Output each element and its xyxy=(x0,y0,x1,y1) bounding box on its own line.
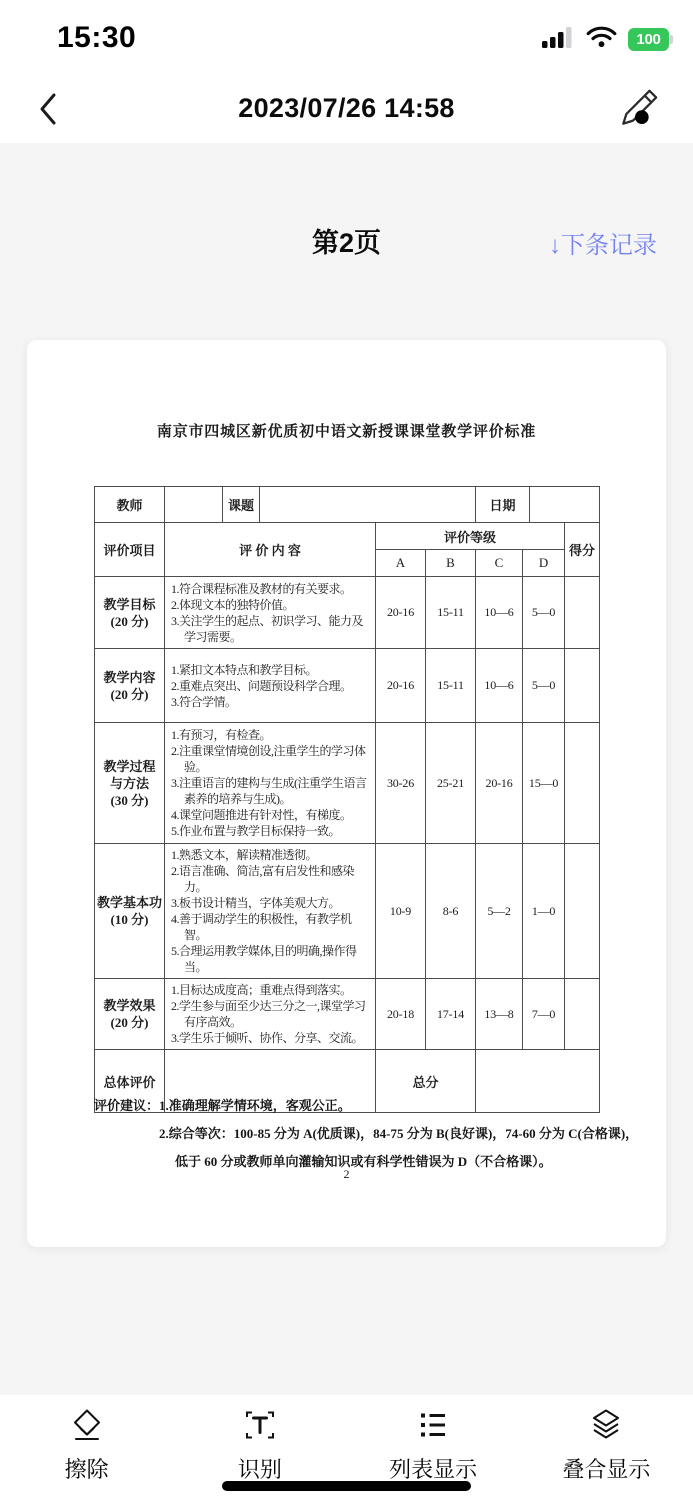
score-value-cell xyxy=(565,649,600,723)
ocr-icon xyxy=(242,1407,278,1448)
grade-range-cell: 5—0 xyxy=(523,577,565,649)
criterion-row: 教学基本功(10 分)1.熟悉文本，解读精准透彻。2.语言准确、简洁,富有启发性… xyxy=(95,844,600,979)
note-line: 评价建议：1.准确理解学情环境，客观公正。 xyxy=(94,1092,654,1120)
grade-b-header: B xyxy=(426,550,476,577)
criterion-content-cell: 1.有预习，有检查。2.注重课堂情境创设,注重学生的学习体验。3.注重语言的建构… xyxy=(165,723,376,844)
table-header-row: 评价项目 评 价 内 容 评价等级 得分 xyxy=(95,523,600,550)
criterion-content-cell: 1.熟悉文本，解读精准透彻。2.语言准确、简洁,富有启发性和感染力。3.板书设计… xyxy=(165,844,376,979)
status-bar: 15:30 100 xyxy=(0,0,693,75)
grade-range-cell: 20-18 xyxy=(376,979,426,1050)
topic-value-cell xyxy=(260,487,476,523)
grade-range-cell: 10—6 xyxy=(476,577,523,649)
cellular-signal-icon xyxy=(542,25,575,53)
record-datetime-title: 2023/07/26 14:58 xyxy=(0,93,693,124)
col-content-header: 评 价 内 容 xyxy=(165,523,376,577)
criterion-content-cell: 1.符合课程标准及教材的有关要求。2.体现文本的独特价值。3.关注学生的起点、初… xyxy=(165,577,376,649)
info-row: 教师 课题 日期 xyxy=(95,487,600,523)
criterion-row: 教学内容(20 分)1.紧扣文本特点和教学目标。2.重难点突出、问题预设科学合理… xyxy=(95,649,600,723)
grade-range-cell: 25-21 xyxy=(426,723,476,844)
score-value-cell xyxy=(565,844,600,979)
tool-label: 识别 xyxy=(238,1453,282,1484)
eraser-icon xyxy=(69,1407,105,1448)
col-grade-header: 评价等级 xyxy=(376,523,565,550)
grade-range-cell: 15-11 xyxy=(426,577,476,649)
grade-range-cell: 7—0 xyxy=(523,979,565,1050)
document-card: 南京市四城区新优质初中语文新授课课堂教学评价标准 教师 课题 日期 评价项目 xyxy=(27,340,666,1247)
col-project-header: 评价项目 xyxy=(95,523,165,577)
col-score-header: 得分 xyxy=(565,523,600,577)
grade-c-header: C xyxy=(476,550,523,577)
grade-d-header: D xyxy=(523,550,565,577)
topic-label-cell: 课题 xyxy=(223,487,260,523)
grade-range-cell: 15—0 xyxy=(523,723,565,844)
grade-range-cell: 20-16 xyxy=(376,577,426,649)
evaluation-notes: 评价建议：1.准确理解学情环境，客观公正。 2.综合等次：100-85 分为 A… xyxy=(94,1092,654,1176)
criterion-label-cell: 教学基本功(10 分) xyxy=(95,844,165,979)
grade-range-cell: 20-16 xyxy=(376,649,426,723)
overlay-view-icon xyxy=(588,1407,624,1448)
list-view-icon xyxy=(415,1407,451,1448)
battery-percent: 100 xyxy=(636,31,660,48)
criterion-label-cell: 教学过程与方法(30 分) xyxy=(95,723,165,844)
score-value-cell xyxy=(565,723,600,844)
teacher-label-cell: 教师 xyxy=(95,487,165,523)
home-indicator[interactable] xyxy=(222,1481,471,1491)
grade-range-cell: 20-16 xyxy=(476,723,523,844)
grade-range-cell: 13—8 xyxy=(476,979,523,1050)
grade-range-cell: 30-26 xyxy=(376,723,426,844)
criterion-row: 教学目标(20 分)1.符合课程标准及教材的有关要求。2.体现文本的独特价值。3… xyxy=(95,577,600,649)
nav-bar: 2023/07/26 14:58 xyxy=(0,75,693,143)
criterion-label-cell: 教学目标(20 分) xyxy=(95,577,165,649)
clock-time: 15:30 xyxy=(57,21,136,55)
document-title: 南京市四城区新优质初中语文新授课课堂教学评价标准 xyxy=(27,420,666,441)
criterion-content-cell: 1.目标达成度高；重难点得到落实。2.学生参与面至少达三分之一,课堂学习有序高效… xyxy=(165,979,376,1050)
overlay-view-button[interactable]: 叠合显示 xyxy=(520,1395,693,1500)
tool-label: 叠合显示 xyxy=(562,1453,650,1484)
status-icons: 100 xyxy=(542,25,673,53)
criterion-row: 教学过程与方法(30 分)1.有预习，有检查。2.注重课堂情境创设,注重学生的学… xyxy=(95,723,600,844)
next-record-link[interactable]: ↓下条记录 xyxy=(549,225,657,260)
grade-range-cell: 17-14 xyxy=(426,979,476,1050)
teacher-value-cell xyxy=(165,487,223,523)
evaluation-table: 教师 课题 日期 评价项目 评 价 内 容 评价等级 得分 A B C xyxy=(94,486,600,1113)
date-label-cell: 日期 xyxy=(476,487,530,523)
battery-icon: 100 xyxy=(628,28,673,51)
grade-range-cell: 15-11 xyxy=(426,649,476,723)
erase-button[interactable]: 擦除 xyxy=(0,1395,173,1500)
grade-a-header: A xyxy=(376,550,426,577)
document-page-number: 2 xyxy=(27,1167,666,1182)
wifi-icon xyxy=(586,25,617,53)
grade-range-cell: 5—0 xyxy=(523,649,565,723)
tool-label: 擦除 xyxy=(65,1453,109,1484)
grade-range-cell: 1—0 xyxy=(523,844,565,979)
grade-range-cell: 5—2 xyxy=(476,844,523,979)
criterion-content-cell: 1.紧扣文本特点和教学目标。2.重难点突出、问题预设科学合理。3.符合学情。 xyxy=(165,649,376,723)
criterion-label-cell: 教学内容(20 分) xyxy=(95,649,165,723)
content-area: 第2页 ↓下条记录 南京市四城区新优质初中语文新授课课堂教学评价标准 教师 课题… xyxy=(0,143,693,1395)
note-line: 2.综合等次：100-85 分为 A(优质课)，84-75 分为 B(良好课)，… xyxy=(159,1120,654,1148)
score-value-cell xyxy=(565,979,600,1050)
tool-label: 列表显示 xyxy=(389,1453,477,1484)
criterion-row: 教学效果(20 分)1.目标达成度高；重难点得到落实。2.学生参与面至少达三分之… xyxy=(95,979,600,1050)
score-value-cell xyxy=(565,577,600,649)
grade-range-cell: 10—6 xyxy=(476,649,523,723)
grade-range-cell: 8-6 xyxy=(426,844,476,979)
criterion-label-cell: 教学效果(20 分) xyxy=(95,979,165,1050)
date-value-cell xyxy=(530,487,600,523)
grade-range-cell: 10-9 xyxy=(376,844,426,979)
edit-pencil-icon[interactable] xyxy=(613,83,663,135)
